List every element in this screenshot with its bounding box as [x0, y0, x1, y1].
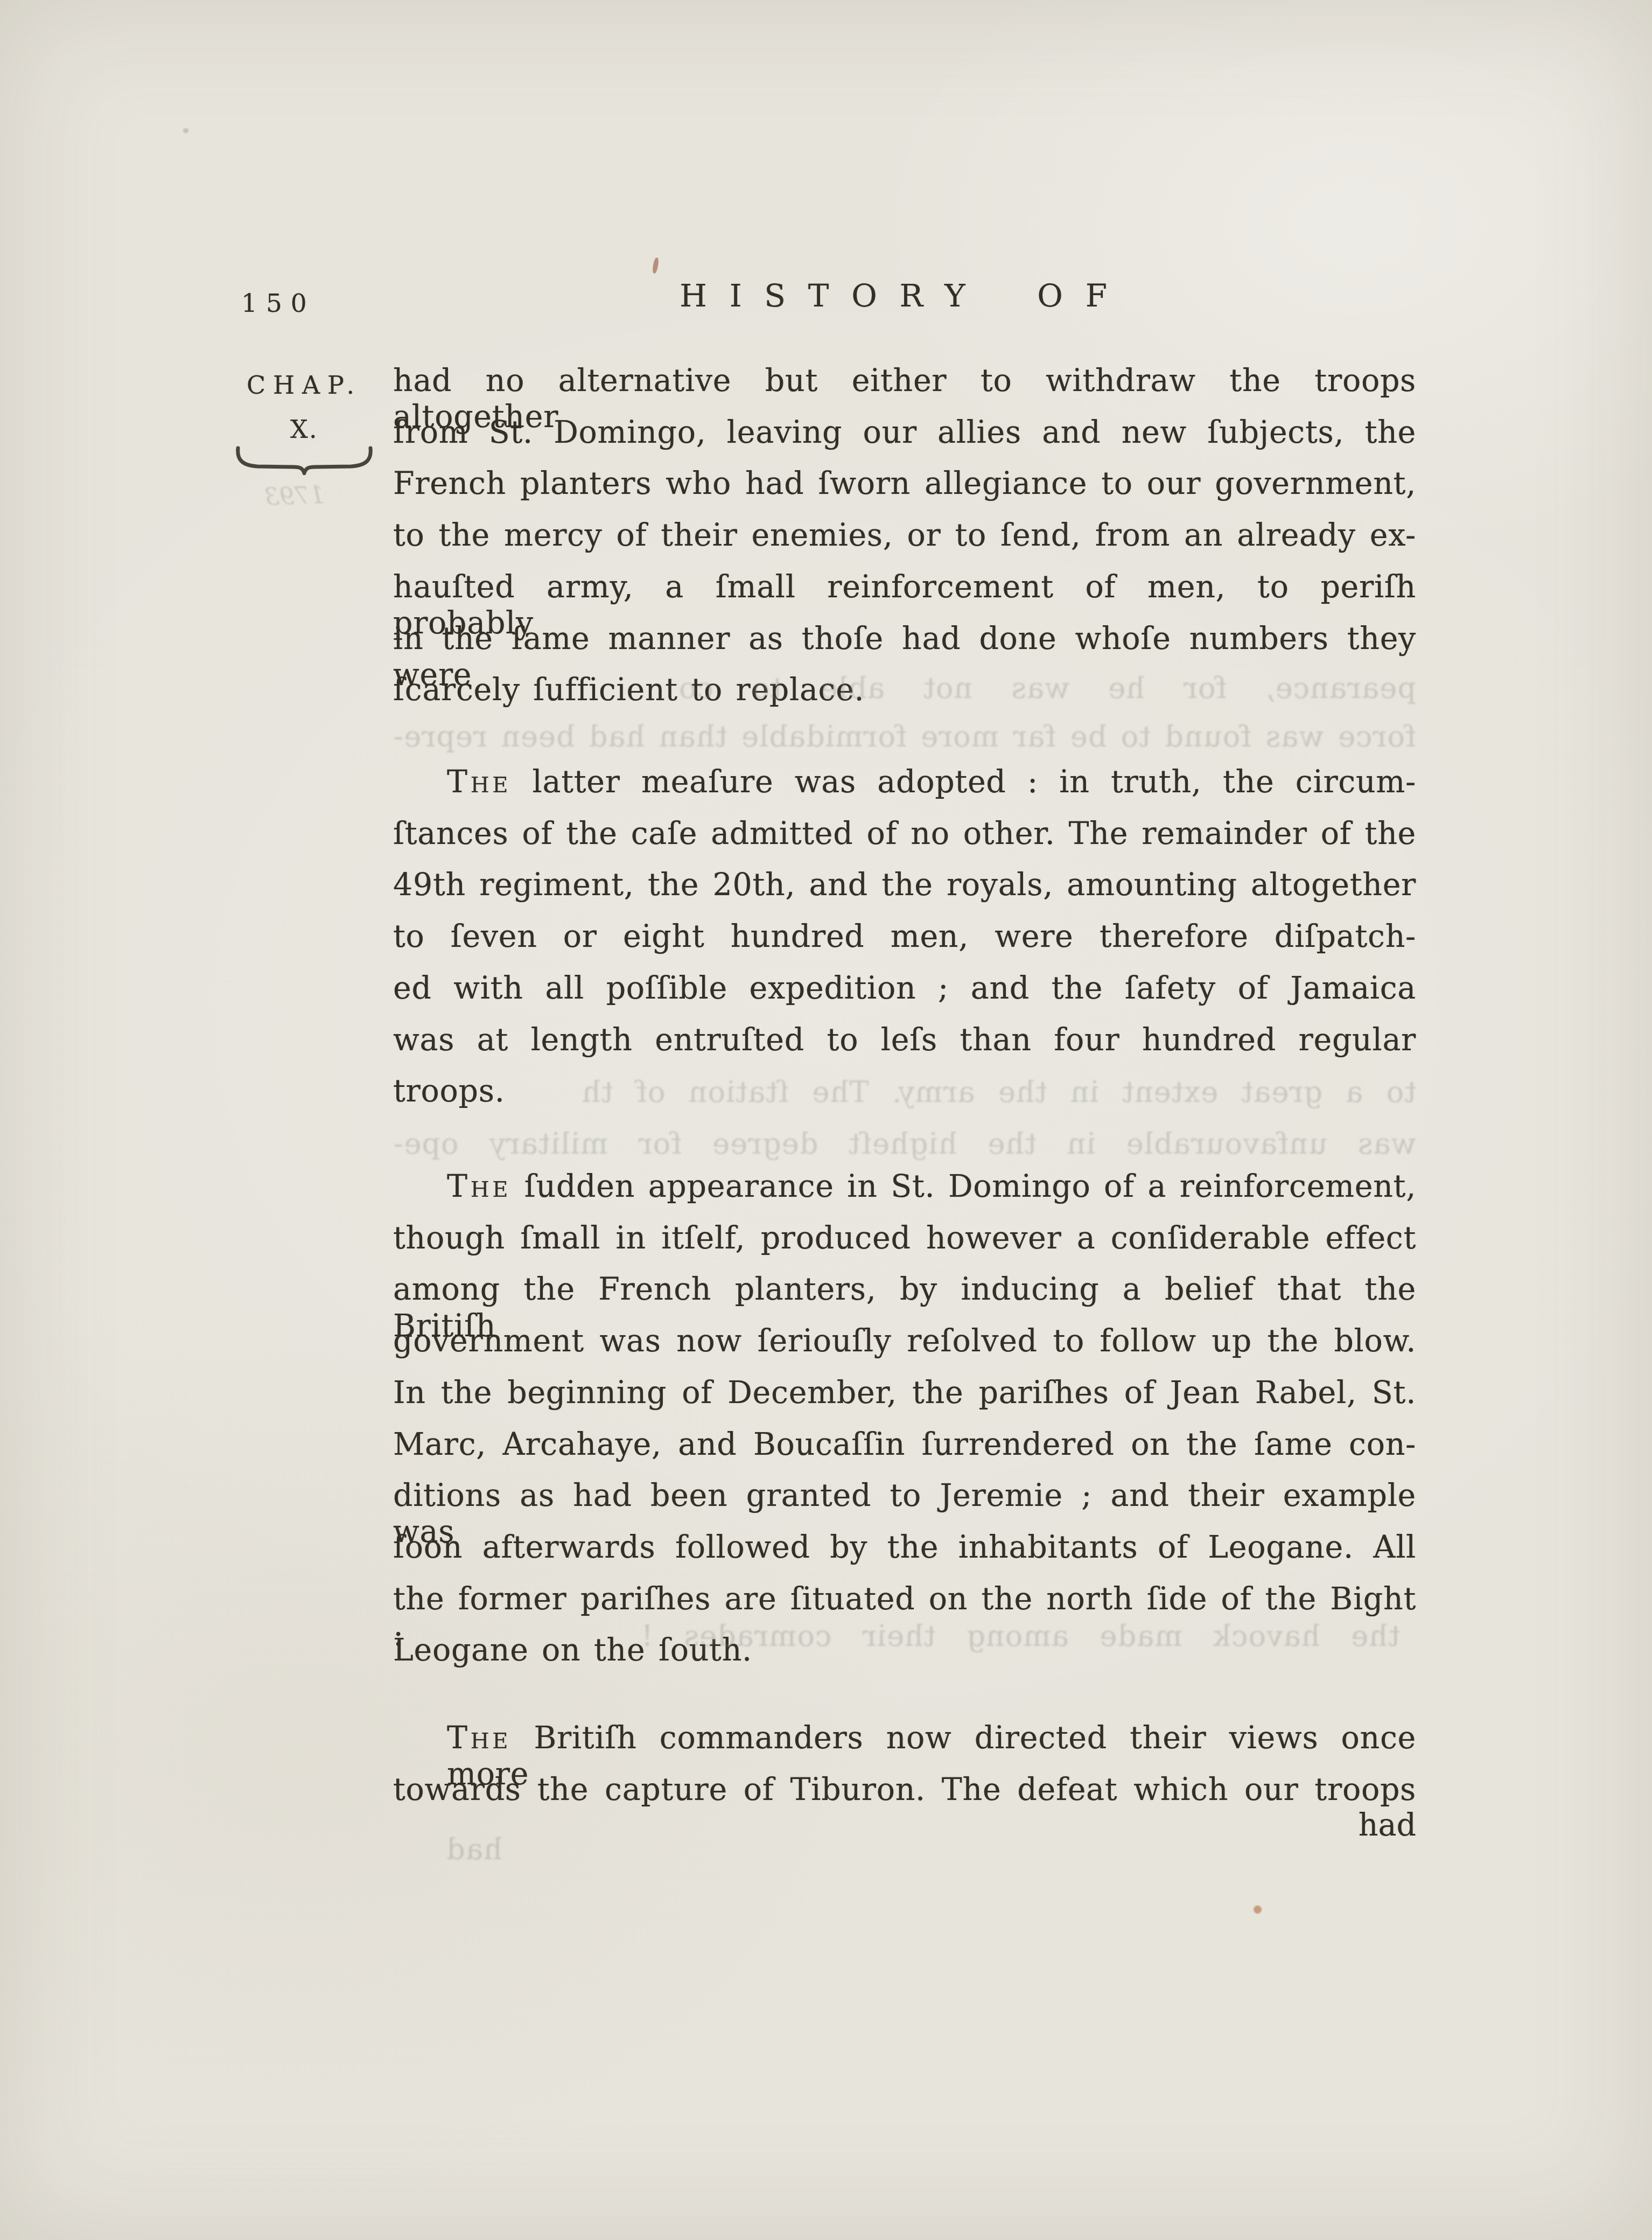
body-line: French planters who had ſworn allegiance… — [393, 466, 1416, 502]
body-line: government was now ſeriouſly reſolved to… — [393, 1323, 1416, 1359]
chapter-label: CHAP. — [232, 371, 377, 400]
body-line: Marc, Arcahaye, and Boucaſſin ſurrendere… — [393, 1427, 1416, 1463]
verso-show-through-text: to a great extent in the army. The ſtati… — [582, 1075, 1416, 1109]
chapter-number: X. — [232, 415, 377, 444]
body-line: ed with all poſſible expedition ; and th… — [393, 971, 1416, 1007]
verso-show-through-text: was unfavourable in the higheſt degree f… — [393, 1127, 1416, 1161]
body-line: ſoon afterwards followed by the inhabita… — [393, 1530, 1416, 1566]
body-line: 49th regiment, the 20th, and the royals,… — [393, 867, 1416, 903]
book-page-scan: 150 HISTORY OF CHAP. X. 1793 had no alte… — [0, 0, 1652, 2240]
chapter-brace-ornament — [236, 445, 373, 475]
body-line: ſtances of the caſe admitted of no other… — [393, 816, 1416, 852]
verso-show-through-text: pearance, for he was not able to co — [678, 671, 1416, 705]
paragraph-lead-smallcaps: The — [447, 1720, 511, 1756]
paragraph-lead-smallcaps: The — [447, 1169, 511, 1204]
page-number: 150 — [241, 289, 316, 318]
body-line: The ſudden appearance in St. Domingo of … — [393, 1169, 1416, 1205]
running-header: HISTORY OF — [393, 277, 1416, 314]
foxing-speck — [1254, 1906, 1262, 1914]
body-line: to ſeven or eight hundred men, were ther… — [393, 919, 1416, 955]
body-line: The latter meaſure was adopted : in trut… — [393, 764, 1416, 800]
body-line: though ſmall in itſelf, produced however… — [393, 1220, 1416, 1257]
body-line: from St. Domingo, leaving our allies and… — [393, 415, 1416, 451]
foxing-speck — [183, 128, 188, 133]
body-line: was at length entruſted to leſs than fou… — [393, 1022, 1416, 1058]
body-line: towards the capture of Tiburon. The defe… — [393, 1772, 1416, 1808]
verso-show-through-text: the havock made among their comrades ! — [641, 1619, 1400, 1653]
body-line: to the mercy of their enemies, or to ſen… — [393, 518, 1416, 554]
verso-show-through-text: force was found to be far more formidabl… — [393, 720, 1416, 753]
foxing-speck — [652, 257, 659, 274]
margin-year-showthrough: 1793 — [248, 481, 341, 512]
body-line: In the beginning of December, the pariſh… — [393, 1375, 1416, 1411]
paragraph-lead-smallcaps: The — [447, 764, 511, 800]
catchword: had — [393, 1808, 1416, 1843]
